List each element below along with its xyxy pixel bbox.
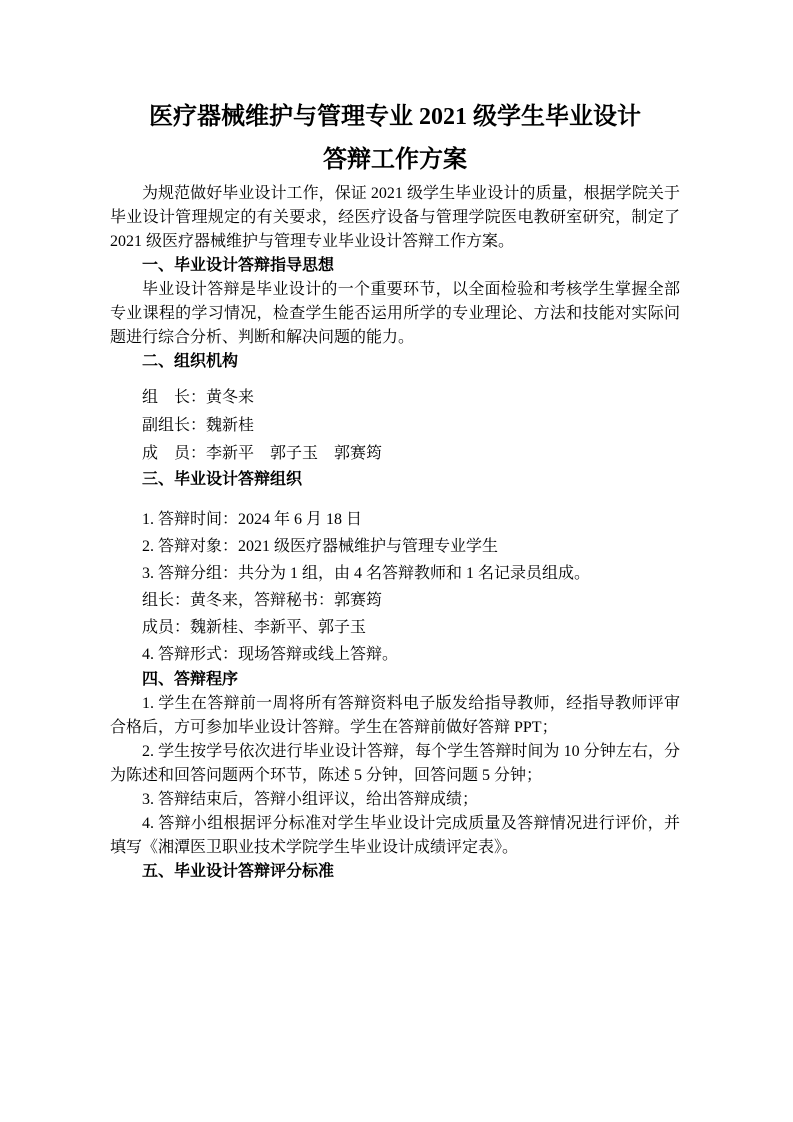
org-leader-line: 组 长：黄冬来 (110, 384, 680, 412)
org-members-line: 成 员：李新平 郭子玉 郭赛筠 (110, 440, 680, 468)
section-5-heading: 五、毕业设计答辩评分标准 (110, 860, 680, 884)
section-4-heading: 四、答辩程序 (110, 668, 680, 692)
procedure-paragraph-2: 2. 学生按学号依次进行毕业设计答辩，每个学生答辩时间为 10 分钟左右，分为陈… (110, 740, 680, 788)
procedure-paragraph-1: 1. 学生在答辩前一周将所有答辩资料电子版发给指导教师，经指导教师评审合格后，方… (110, 692, 680, 740)
intro-paragraph: 为规范做好毕业设计工作，保证 2021 级学生毕业设计的质量，根据学院关于毕业设… (110, 182, 680, 254)
defense-grouping-line: 3. 答辩分组：共分为 1 组，由 4 名答辩教师和 1 名记录员组成。 (110, 560, 680, 587)
procedure-paragraph-4: 4. 答辩小组根据评分标准对学生毕业设计完成质量及答辩情况进行评价，并填写《湘潭… (110, 812, 680, 860)
defense-format-line: 4. 答辩形式：现场答辩或线上答辩。 (110, 641, 680, 668)
organization-list: 组 长：黄冬来 副组长：魏新桂 成 员：李新平 郭子玉 郭赛筠 (110, 384, 680, 468)
group-leader-secretary-line: 组长：黄冬来，答辩秘书：郭赛筠 (110, 587, 680, 614)
page-title-line-1: 医疗器械维护与管理专业 2021 级学生毕业设计 (110, 96, 680, 139)
procedure-paragraph-3: 3. 答辩结束后，答辩小组评议，给出答辩成绩； (110, 788, 680, 812)
defense-organization-list: 1. 答辩时间：2024 年 6 月 18 日 2. 答辩对象：2021 级医疗… (110, 506, 680, 668)
section-1-paragraph: 毕业设计答辩是毕业设计的一个重要环节，以全面检验和考核学生掌握全部专业课程的学习… (110, 278, 680, 350)
section-2-heading: 二、组织机构 (110, 350, 680, 374)
group-members-line: 成员：魏新桂、李新平、郭子玉 (110, 614, 680, 641)
defense-target-line: 2. 答辩对象：2021 级医疗器械维护与管理专业学生 (110, 533, 680, 560)
document-page: 医疗器械维护与管理专业 2021 级学生毕业设计 答辩工作方案 为规范做好毕业设… (0, 0, 793, 1122)
org-deputy-line: 副组长：魏新桂 (110, 412, 680, 440)
section-3-heading: 三、毕业设计答辩组织 (110, 468, 680, 492)
section-1-heading: 一、毕业设计答辩指导思想 (110, 254, 680, 278)
page-title-line-2: 答辩工作方案 (110, 139, 680, 182)
defense-time-line: 1. 答辩时间：2024 年 6 月 18 日 (110, 506, 680, 533)
